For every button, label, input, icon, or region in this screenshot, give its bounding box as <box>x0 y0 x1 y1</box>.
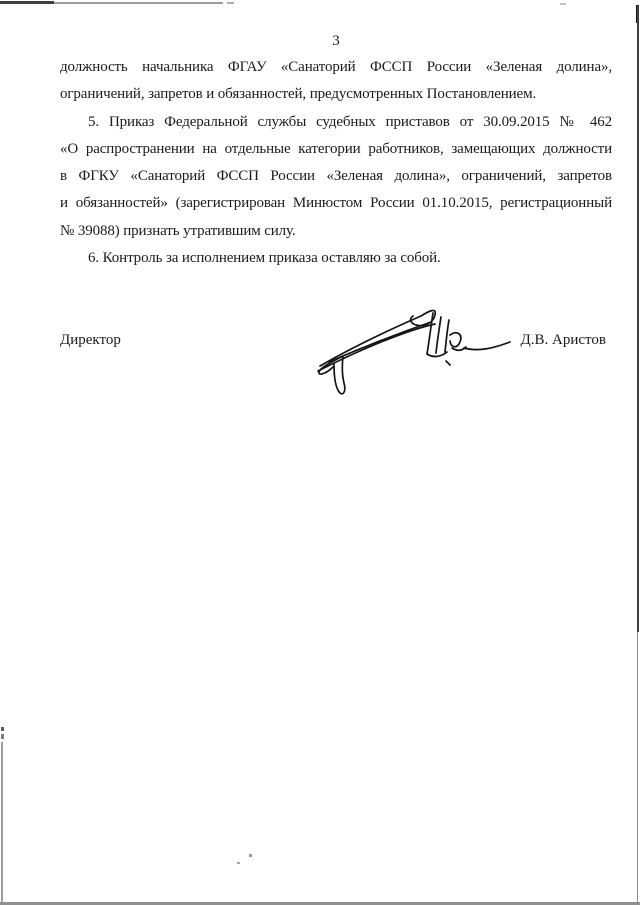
scan-artifact-top-line-gray <box>54 2 223 4</box>
text-line: «О распространении на отдельные категори… <box>60 136 612 163</box>
scan-artifact-top-dash <box>227 2 234 4</box>
scan-artifact-speck <box>1 734 4 739</box>
text-line: 6. Контроль за исполнением приказа остав… <box>60 245 612 272</box>
scan-artifact-left-edge-line <box>1 742 3 903</box>
text-line: ограничений, запретов и обязанностей, пр… <box>60 81 612 108</box>
scan-artifact-right-edge-line-lower <box>637 632 638 903</box>
scan-artifact-speck <box>249 854 252 857</box>
scan-artifact-top-line-dark <box>0 1 54 4</box>
scan-artifact-speck <box>237 862 240 864</box>
scan-artifact-right-edge-cap <box>636 5 639 23</box>
text-line: в ФГКУ «Санаторий ФССП России «Зеленая д… <box>60 163 612 190</box>
scan-artifact-top-dash <box>560 3 566 5</box>
signature-handwriting <box>313 300 613 400</box>
scan-artifact-speck <box>1 727 4 731</box>
signatory-title: Директор <box>60 332 121 349</box>
page-number: 3 <box>60 31 612 51</box>
scan-artifact-right-edge-line <box>637 5 639 632</box>
text-line: и обязанностей» (зарегистрирован Минюсто… <box>60 190 612 217</box>
scan-artifact-bottom-line <box>0 902 640 905</box>
text-line: 5. Приказ Федеральной службы судебных пр… <box>60 109 612 136</box>
document-body: должность начальника ФГАУ «Санаторий ФСС… <box>60 54 612 272</box>
text-line: № 39088) признать утратившим силу. <box>60 218 612 245</box>
text-line: должность начальника ФГАУ «Санаторий ФСС… <box>60 54 612 81</box>
